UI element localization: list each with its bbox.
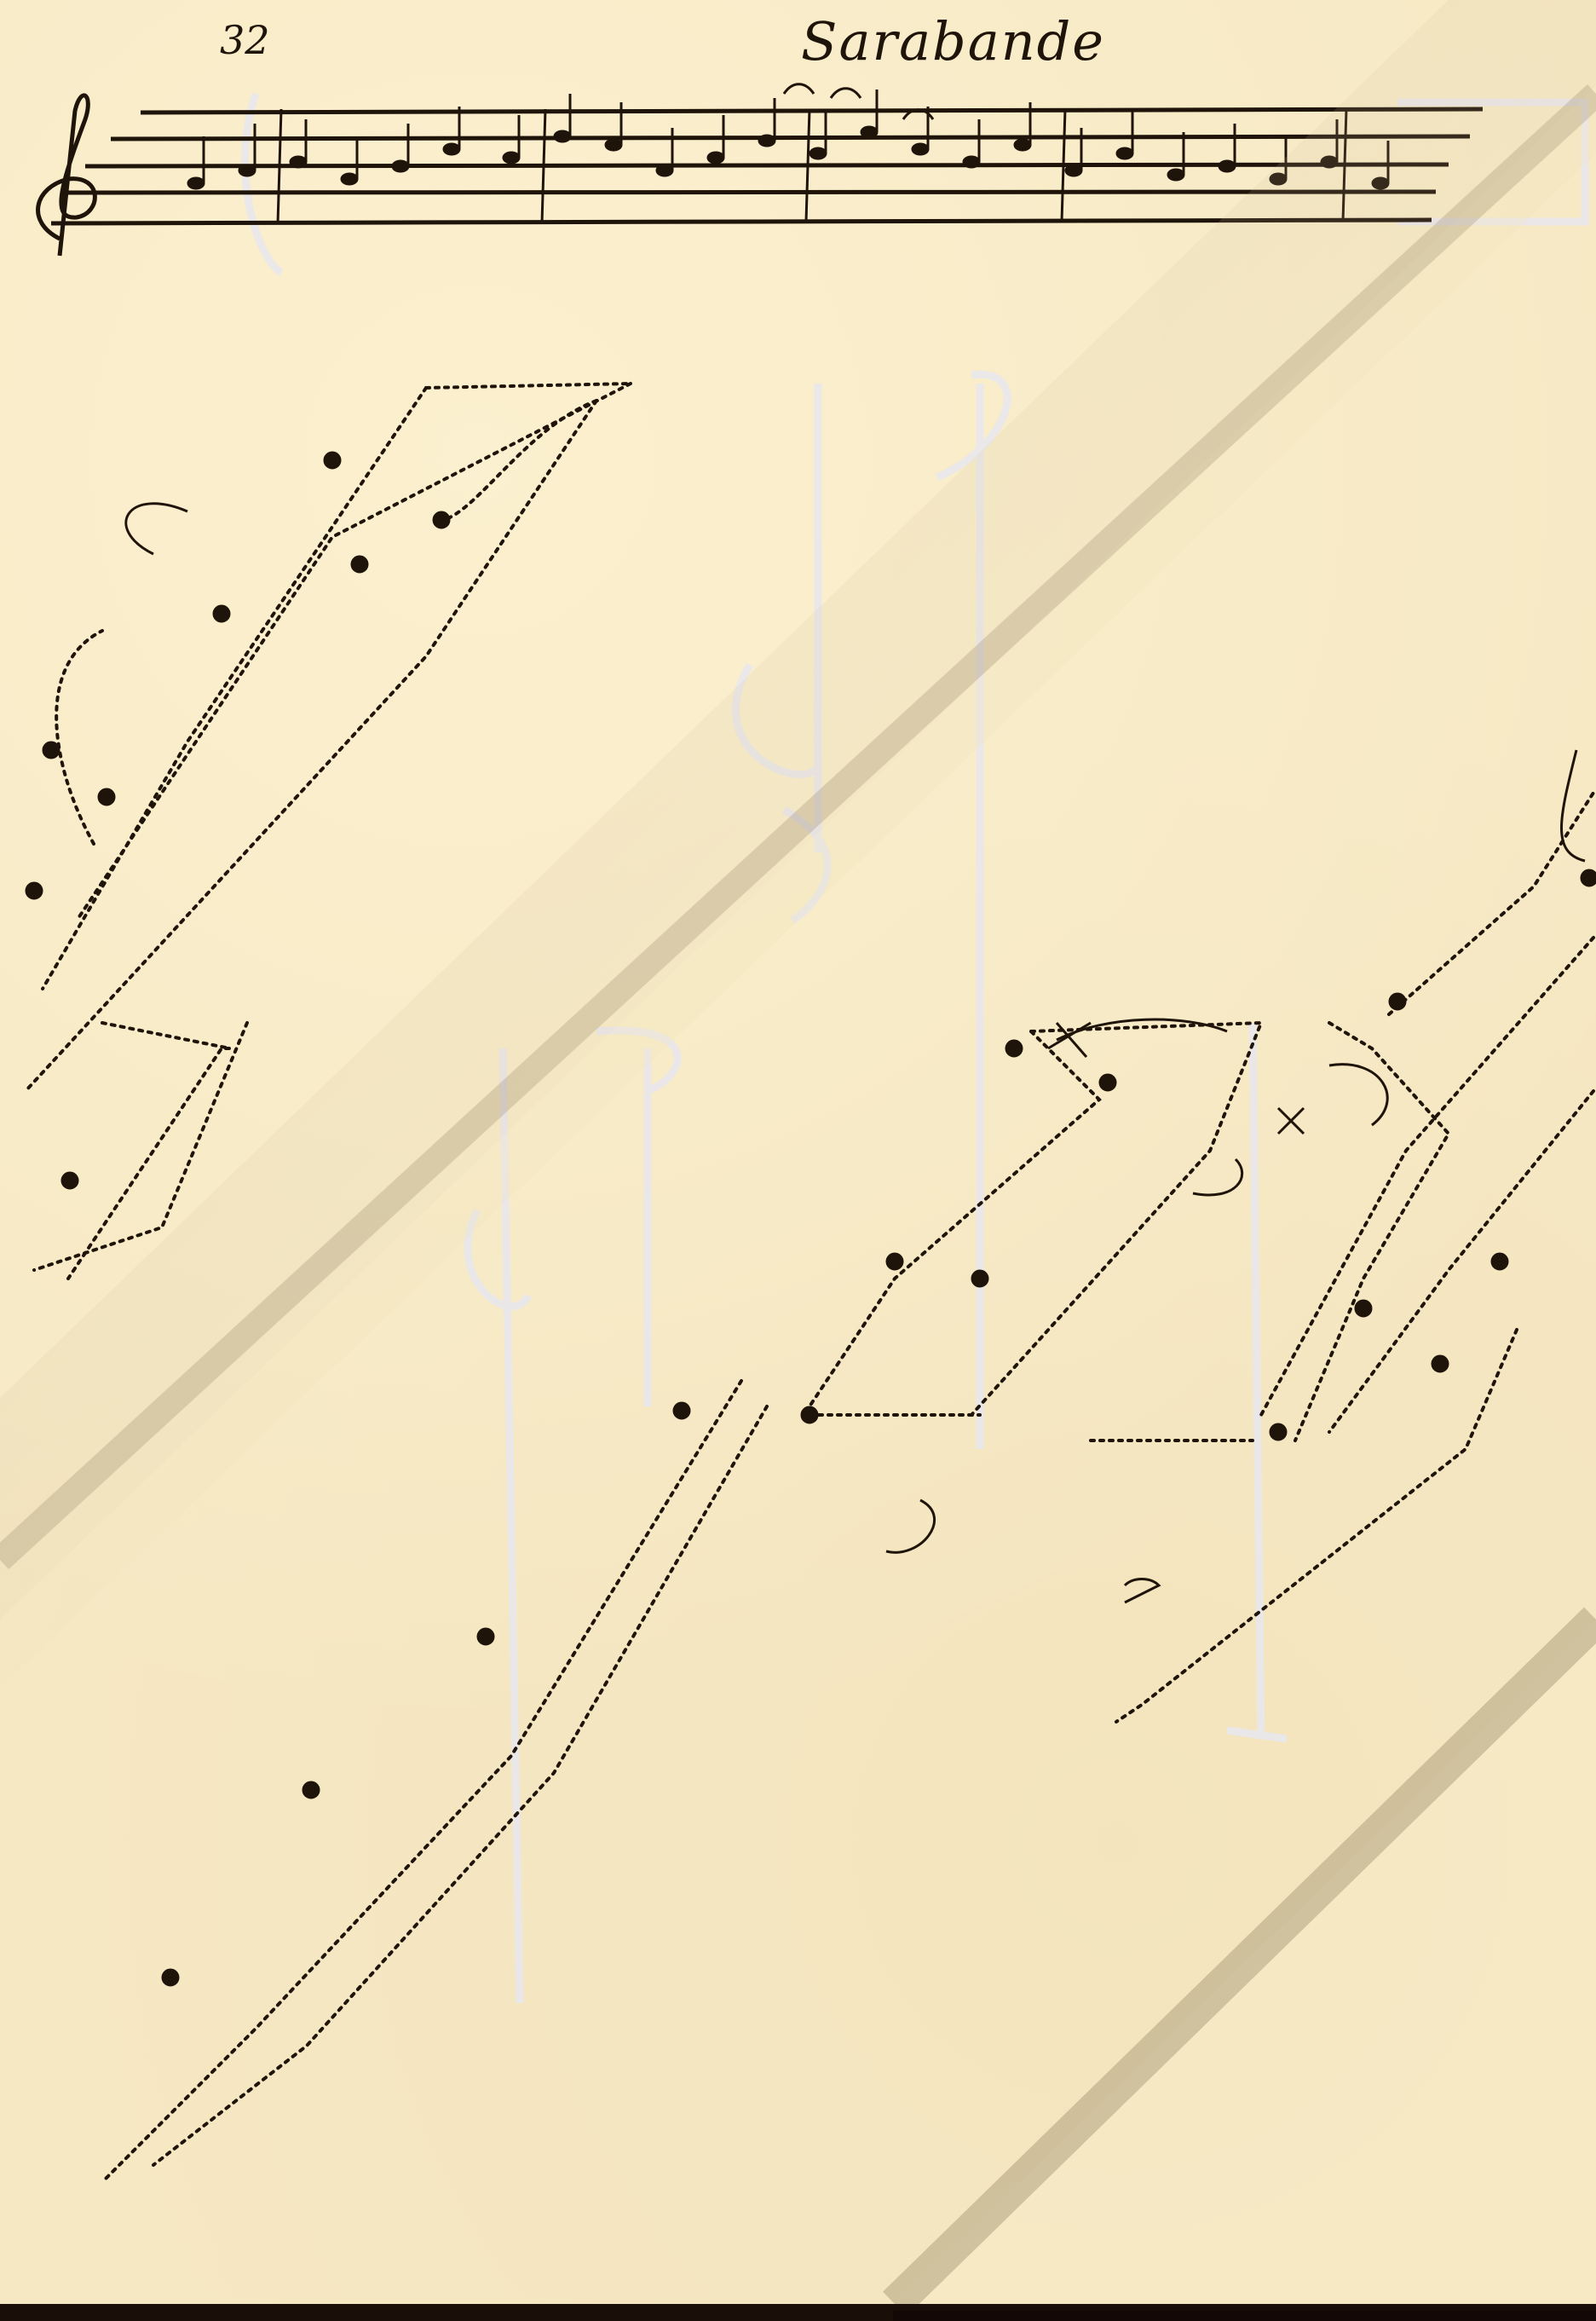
- dance-tracks: [0, 0, 1596, 2304]
- scanned-page: 32 Sarabande: [0, 0, 1596, 2304]
- page-title: Sarabande: [801, 10, 1105, 72]
- scan-background-edge: [893, 2311, 1596, 2321]
- page-number: 32: [220, 17, 270, 63]
